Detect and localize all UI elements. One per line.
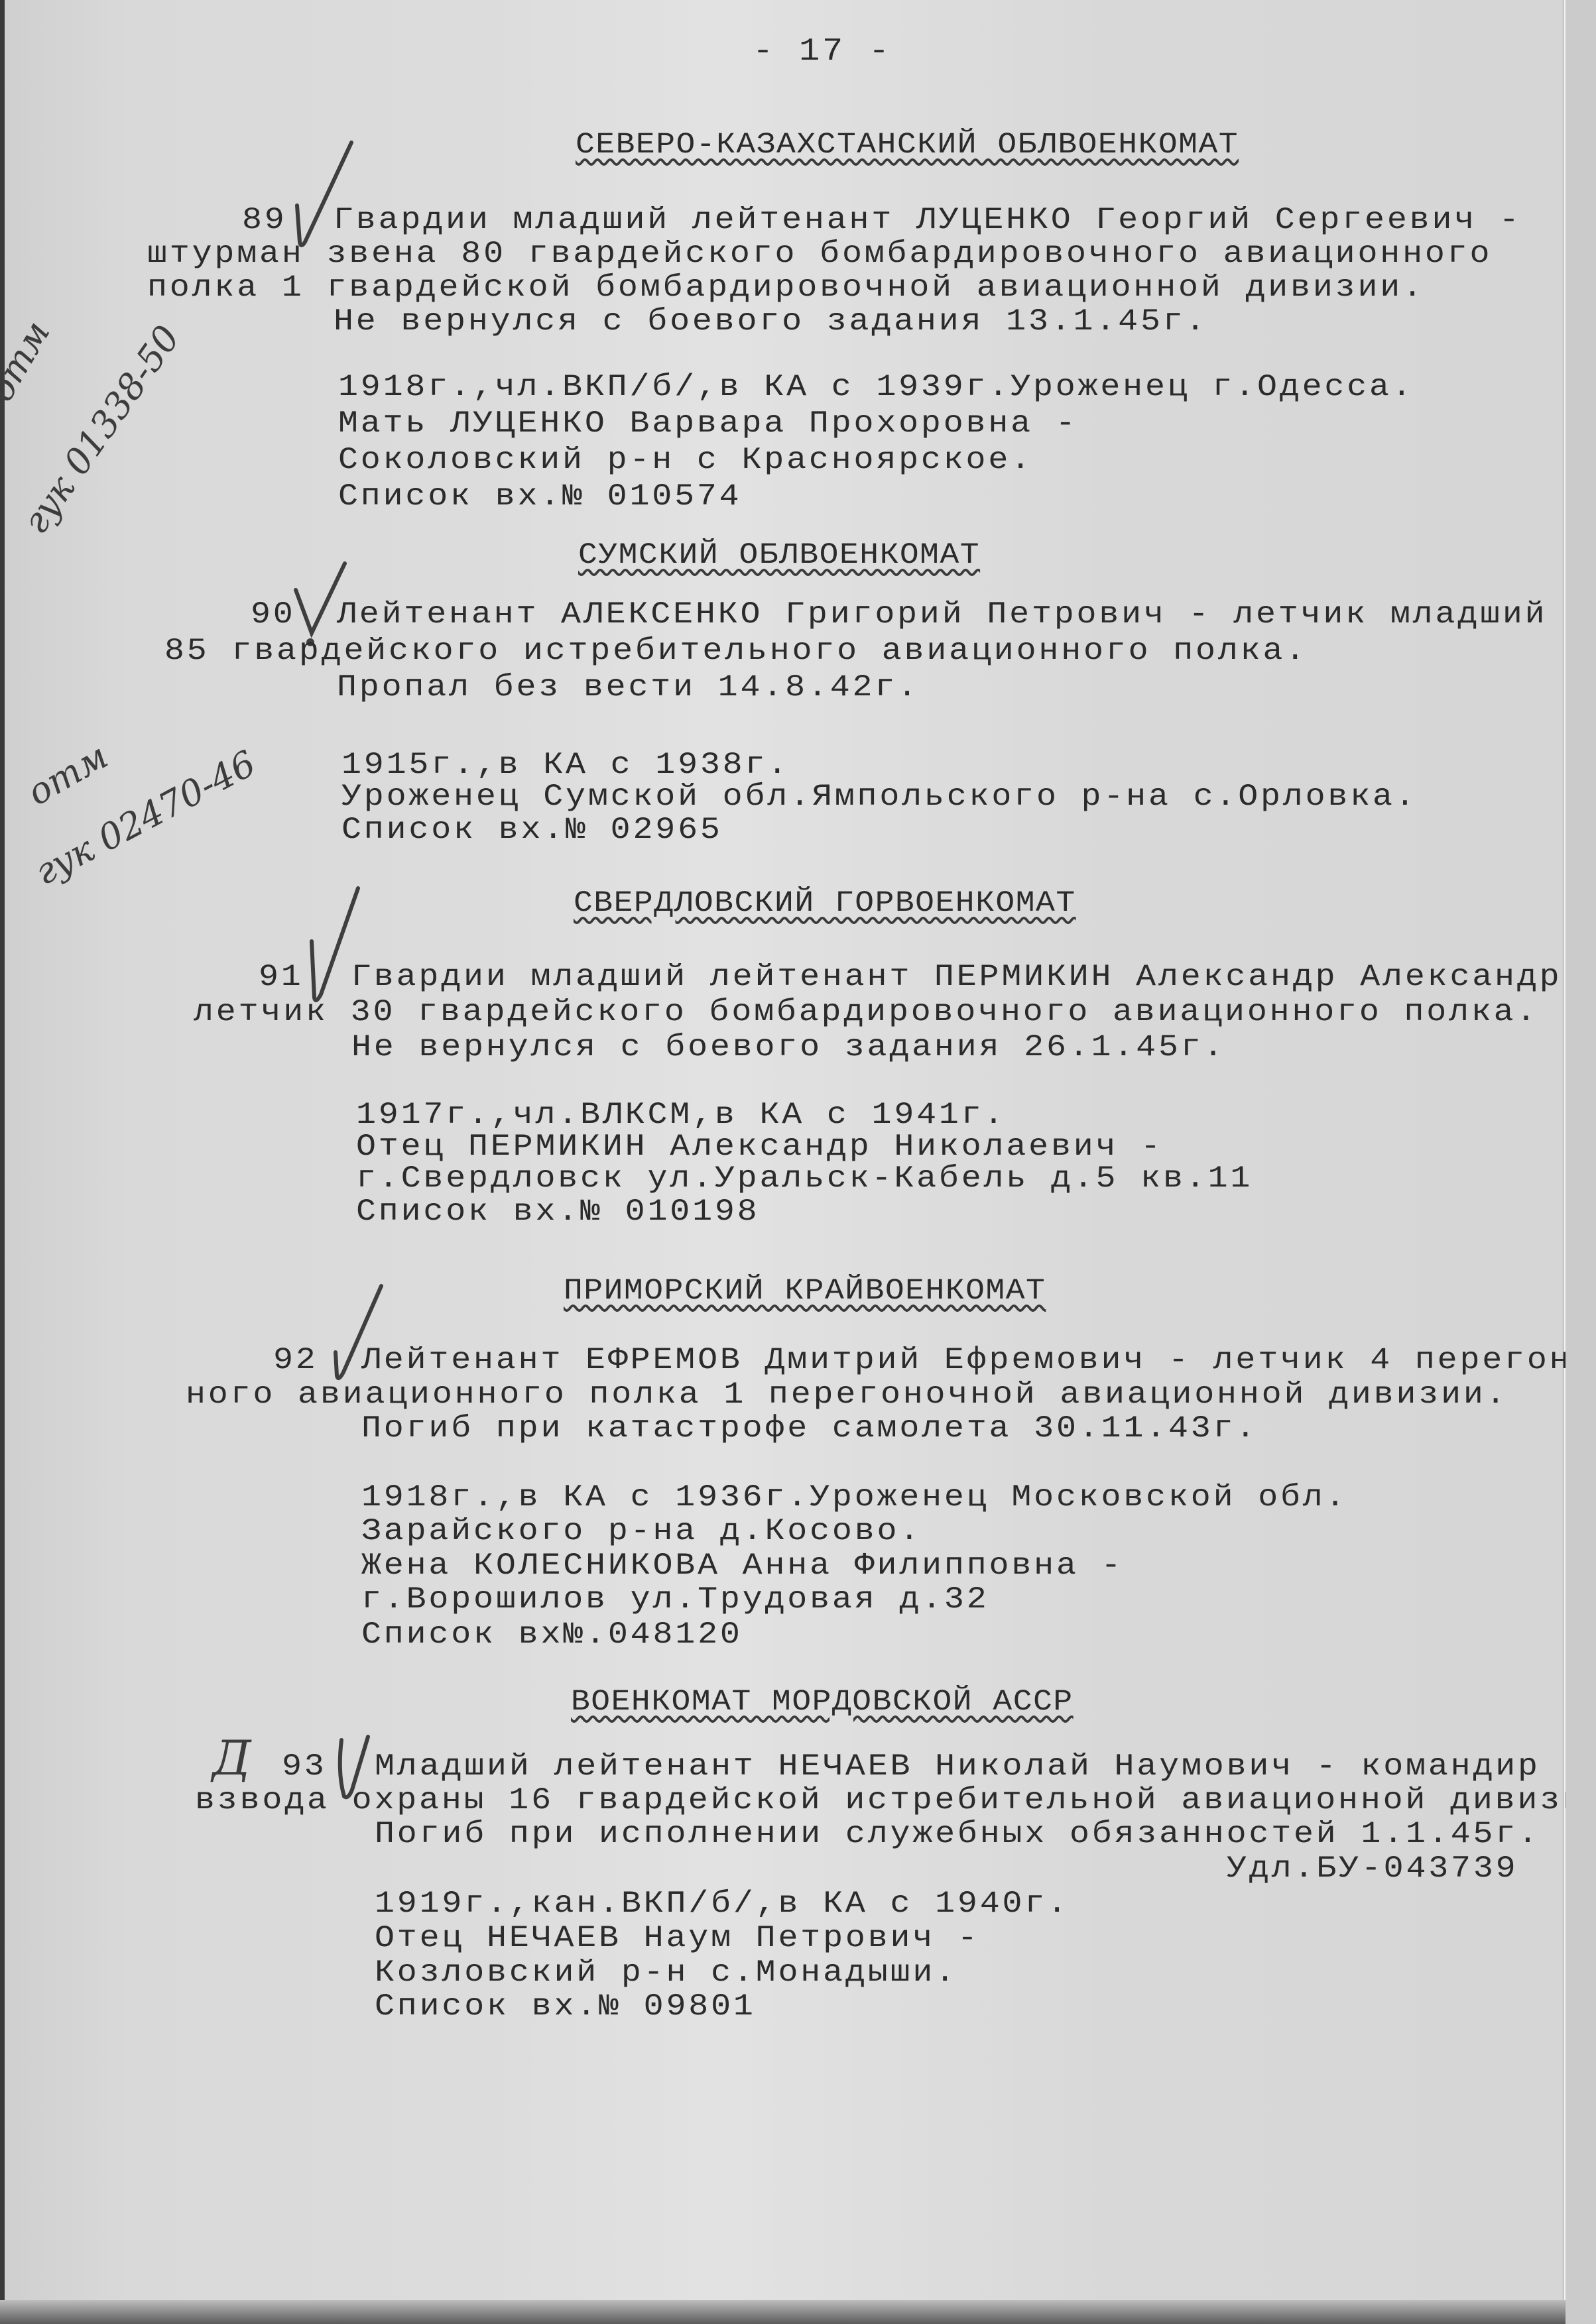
entry-line: взвода охраны 16 гвардейской истребитель… bbox=[195, 1786, 1585, 1816]
entry-line: полка 1 гвардейской бомбардировочной ави… bbox=[147, 273, 1425, 304]
entry-number: 90 bbox=[251, 600, 296, 630]
entry-line: Погиб при исполнении служебных обязаннос… bbox=[375, 1820, 1540, 1850]
detail-line: Список вх№.048120 bbox=[361, 1620, 743, 1651]
detail-line: 1915г.,в КА с 1938г. bbox=[341, 750, 790, 781]
detail-line: Мать ЛУЦЕНКО Варвара Прохоровна - bbox=[338, 409, 1078, 439]
entry-line: Пропал без вести 14.8.42г. bbox=[337, 673, 920, 703]
entry-number: 91 bbox=[259, 962, 304, 993]
handwritten-note: отм bbox=[0, 316, 56, 407]
detail-line: г.Ворошилов ул.Трудовая д.32 bbox=[361, 1585, 989, 1615]
document-page: - 17 - СЕВЕРО-КАЗАХСТАНСКИЙ ОБЛВОЕНКОМАТ… bbox=[0, 0, 1596, 2324]
entry-number: 89 bbox=[242, 205, 287, 236]
section-heading: СУМСКИЙ ОБЛВОЕНКОМАТ bbox=[578, 540, 980, 571]
detail-line: 1918г.,в КА с 1936г.Уроженец Московской … bbox=[361, 1483, 1347, 1513]
detail-line: Отец ПЕРМИКИН Александр Николаевич - bbox=[356, 1132, 1163, 1163]
section-heading: ВОЕНКОМАТ МОРДОВСКОЙ АССР bbox=[571, 1687, 1074, 1717]
page-bottom-edge bbox=[0, 2300, 1596, 2324]
page-edge-mask bbox=[1565, 0, 1596, 2324]
entry-line: летчик 30 гвардейского бомбардировочного… bbox=[194, 998, 1538, 1028]
detail-line: Отец НЕЧАЕВ Наум Петрович - bbox=[375, 1924, 980, 1954]
entry-line: ного авиационного полка 1 перегоночной а… bbox=[186, 1380, 1508, 1411]
entry-line: Лейтенант ЕФРЕМОВ Дмитрий Ефремович - ле… bbox=[361, 1346, 1571, 1376]
entry-line: штурман звена 80 гвардейского бомбардиро… bbox=[147, 239, 1492, 270]
detail-line: Жена КОЛЕСНИКОВА Анна Филипповна - bbox=[361, 1551, 1123, 1582]
entry-line: Не вернулся с боевого задания 13.1.45г. bbox=[334, 307, 1207, 337]
section-heading: ПРИМОРСКИЙ КРАЙВОЕНКОМАТ bbox=[564, 1276, 1046, 1307]
entry-line: Гвардии младший лейтенант ПЕРМИКИН Алекс… bbox=[351, 962, 1562, 993]
entry-line: 85 гвардейского истребительного авиацион… bbox=[164, 636, 1308, 667]
detail-line: Список вх.№ 02965 bbox=[341, 815, 723, 846]
entry-number: 93 bbox=[282, 1752, 327, 1782]
detail-line: Список вх.№ 09801 bbox=[375, 1992, 756, 2022]
detail-line: г.Свердловск ул.Уральск-Кабель д.5 кв.11 bbox=[356, 1164, 1253, 1194]
page-number: - 17 - bbox=[753, 36, 892, 67]
entry-line: Лейтенант АЛЕКСЕНКО Григорий Петрович - … bbox=[337, 600, 1547, 630]
detail-line: Список вх.№ 010198 bbox=[356, 1197, 760, 1228]
handwritten-mark: Д bbox=[212, 1740, 251, 1776]
detail-line: Зарайского р-на д.Косово. bbox=[361, 1517, 922, 1547]
detail-line: Козловский р-н с.Монадыши. bbox=[375, 1958, 957, 1989]
entry-line: Погиб при катастрофе самолета 30.11.43г. bbox=[361, 1414, 1258, 1444]
detail-line: 1919г.,кан.ВКП/б/,в КА с 1940г. bbox=[375, 1889, 1070, 1920]
handwritten-note: отм bbox=[22, 738, 113, 811]
entry-line: Не вернулся с боевого задания 26.1.45г. bbox=[351, 1033, 1225, 1063]
certificate-number: Удл.БУ-043739 bbox=[1227, 1854, 1518, 1885]
detail-line: 1917г.,чл.ВЛКСМ,в КА с 1941г. bbox=[356, 1100, 1006, 1131]
detail-line: Соколовский р-н с Красноярское. bbox=[338, 445, 1033, 476]
entry-line: Гвардии младший лейтенант ЛУЦЕНКО Георги… bbox=[334, 205, 1522, 236]
detail-line: 1918г.,чл.ВКП/б/,в КА с 1939г.Уроженец г… bbox=[338, 373, 1414, 403]
section-heading: СЕВЕРО-КАЗАХСТАНСКИЙ ОБЛВОЕНКОМАТ bbox=[576, 130, 1239, 160]
entry-line: Младший лейтенант НЕЧАЕВ Николай Наумови… bbox=[375, 1752, 1540, 1782]
section-heading: СВЕРДЛОВСКИЙ ГОРВОЕНКОМАТ bbox=[574, 888, 1076, 919]
detail-line: Список вх.№ 010574 bbox=[338, 482, 742, 512]
detail-line: Уроженец Сумской обл.Ямпольского р-на с.… bbox=[341, 782, 1418, 813]
entry-number: 92 bbox=[273, 1346, 318, 1376]
